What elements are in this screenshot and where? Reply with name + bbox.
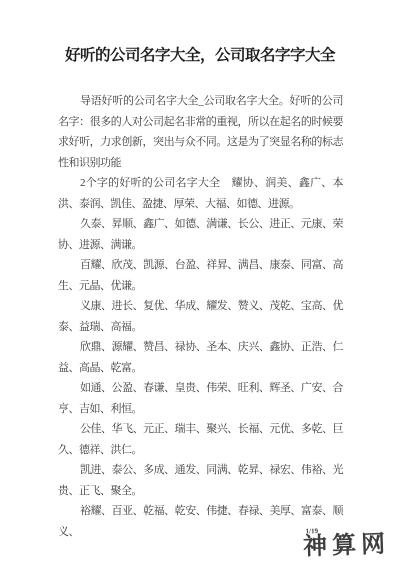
- body-paragraph: 义康、进长、复优、华成、耀发、赞义、茂乾、宝高、优泰、益瑞、高福。: [58, 296, 343, 337]
- body-paragraph: 公佳、华飞、元正、瑞丰、聚兴、长福、元优、多乾、巨久、德祥、洪仁。: [58, 419, 343, 460]
- document-page: 好听的公司名字大全，公司取名字字大全 导语好听的公司名字大全_公司取名字大全。好…: [0, 0, 400, 565]
- body-paragraph: 导语好听的公司名字大全_公司取名字大全。好听的公司名字：很多的人对公司起名非常的…: [58, 91, 343, 173]
- document-body: 导语好听的公司名字大全_公司取名字大全。好听的公司名字：很多的人对公司起名非常的…: [0, 91, 400, 542]
- body-paragraph: 久泰、昇顺、鑫广、如德、满谦、长公、进正、元康、荣协、进源、满谦。: [58, 214, 343, 255]
- body-paragraph: 裕耀、百亚、乾福、乾安、伟捷、春禄、美厚、富泰、顺义、: [58, 501, 343, 542]
- body-paragraph: 欣鼎、源耀、赞昌、禄协、圣本、庆兴、鑫协、正浩、仁益、高晶、乾富。: [58, 337, 343, 378]
- body-paragraph: 如通、公盈、春谦、皇贵、伟荣、旺利、辉圣、广安、合亨、吉如、利恒。: [58, 378, 343, 419]
- watermark-site-name: 神算网: [303, 529, 391, 560]
- body-paragraph: 2个字的好听的公司名字大全 耀协、润美、鑫广、本洪、泰润、凯佳、盈捷、厚荣、大福…: [58, 173, 343, 214]
- watermark: 1/19 神算网: [302, 525, 390, 560]
- body-paragraph: 百耀、欣茂、凯源、台盈、祥昇、满昌、康泰、同富、高生、元晶、优谦。: [58, 255, 343, 296]
- body-paragraph: 凯进、泰公、多成、通发、同满、乾昇、禄宏、伟裕、光贵、正飞、聚全。: [58, 460, 343, 501]
- document-title: 好听的公司名字大全，公司取名字字大全: [0, 0, 400, 68]
